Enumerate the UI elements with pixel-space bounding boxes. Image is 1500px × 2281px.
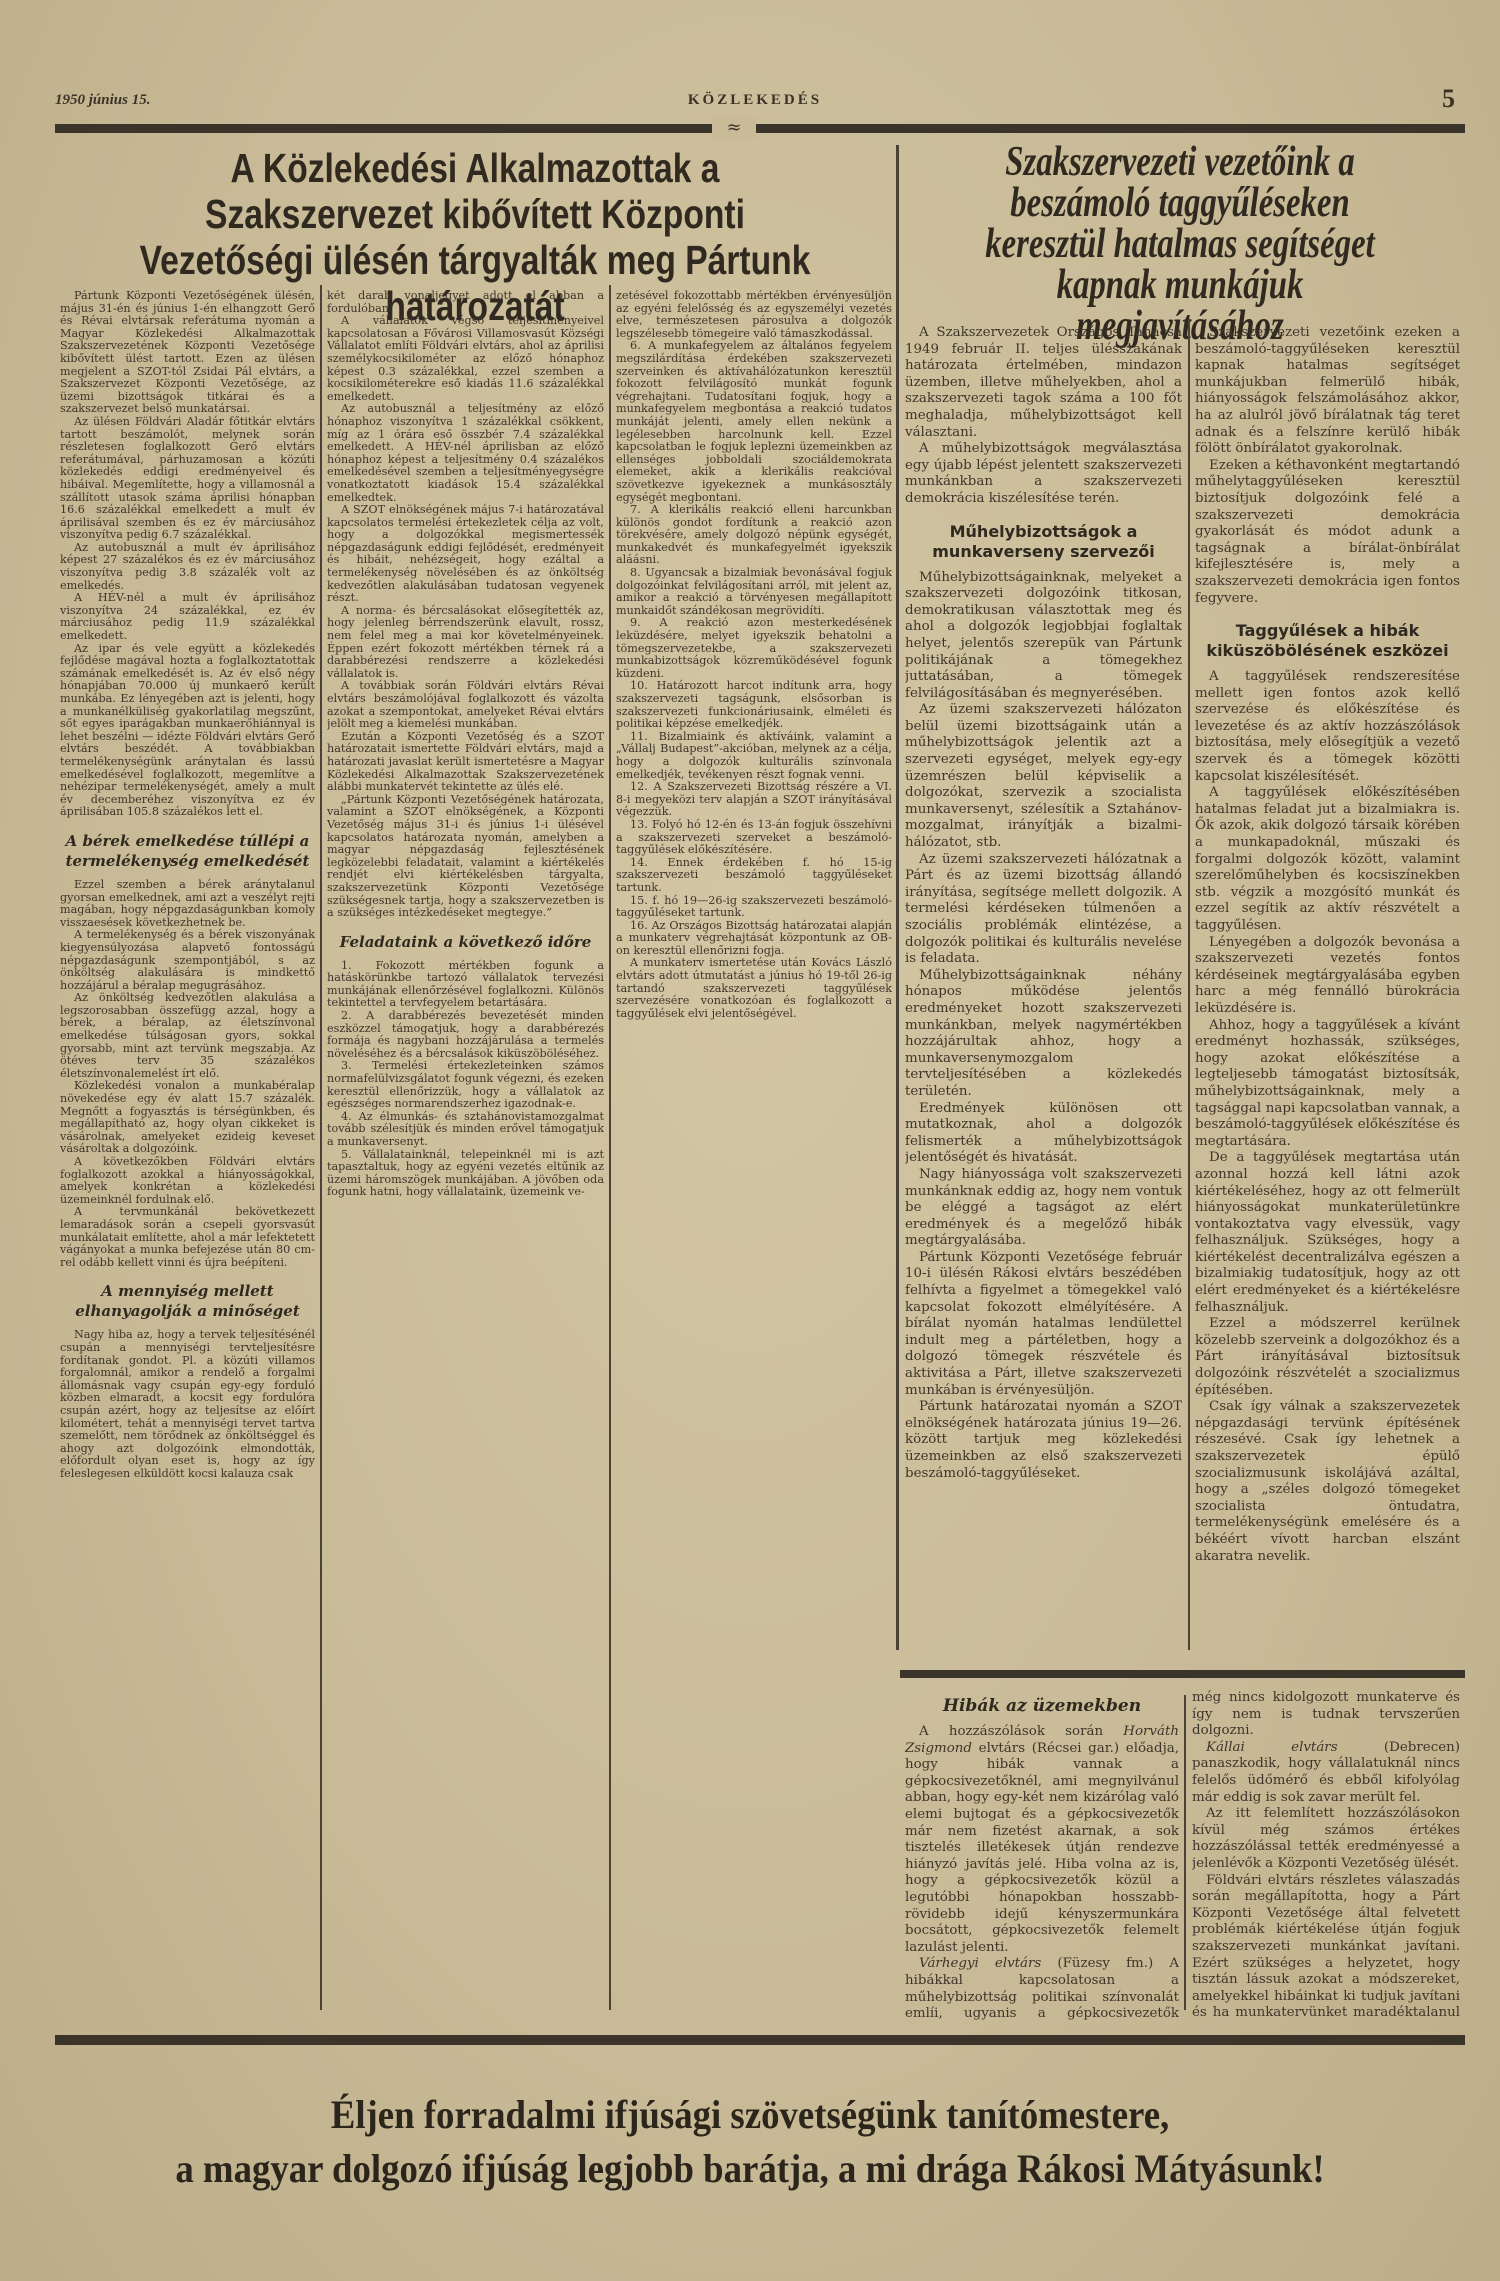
paragraph: 2. A darabbérezés bevezetését minden esz… bbox=[327, 1010, 604, 1060]
paragraph: Közlekedési vonalon a munkabéralap növek… bbox=[60, 1080, 315, 1156]
section-heading: Műhelybizottságok a munkaverseny szervez… bbox=[905, 522, 1182, 562]
left-article-column-2: két darab vonaljegyet adott el abban a f… bbox=[327, 290, 604, 2030]
sub-article-rule bbox=[900, 1670, 1465, 1678]
paragraph: 13. Folyó hó 12-én és 13-án fogjuk össze… bbox=[616, 819, 892, 857]
paragraph: Eredmények különösen ott mutatkoznak, ah… bbox=[905, 1101, 1182, 1167]
paragraph: A továbbiak során Földvári elvtárs Révai… bbox=[327, 680, 604, 730]
paragraph: Az autobusznál a mult év áprilisához kép… bbox=[60, 542, 315, 592]
column-divider bbox=[609, 285, 611, 2010]
paragraph: 5. Vállalatainknál, telepeinknél mi is a… bbox=[327, 1149, 604, 1199]
paragraph: Pártunk Központi Vezetősége február 10-i… bbox=[905, 1250, 1182, 1399]
paragraph: Kállai elvtárs (Debrecen) panaszkodik, h… bbox=[1192, 1740, 1460, 1806]
paragraph: Pártunk Központi Vezetőségének ülésén, m… bbox=[60, 290, 315, 416]
paragraph: két darab vonaljegyet adott el abban a f… bbox=[327, 290, 604, 315]
paragraph: Ezeken a kéthavonként megtartandó műhely… bbox=[1195, 458, 1460, 607]
paragraph: A következőkben Földvári elvtárs foglalk… bbox=[60, 1156, 315, 1206]
paragraph: Műhelybizottságainknak néhány hónapos mű… bbox=[905, 968, 1182, 1101]
page-number: 5 bbox=[1442, 84, 1455, 114]
paragraph: De a taggyűlések megtartása után azonnal… bbox=[1195, 1150, 1460, 1316]
paragraph: A Szakszervezetek Országos Tanácsa 1949 … bbox=[905, 325, 1182, 441]
paragraph: Ezután a Központi Vezetőség és a SZOT ha… bbox=[327, 731, 604, 794]
paragraph: A vállalatok végső teljesítményeivel kap… bbox=[327, 315, 604, 403]
section-heading: Taggyűlések a hibák kiküszöbölésének esz… bbox=[1195, 621, 1460, 661]
paragraph: 11. Bizalmiaink és aktíváink, valamint a… bbox=[616, 731, 892, 781]
right-article-column-2: Szakszervezeti vezetőink ezeken a beszám… bbox=[1195, 325, 1460, 1665]
paragraph: Földvári elvtárs részletes válaszadás so… bbox=[1192, 1873, 1460, 2020]
paragraph: A műhelybizottságok megválasztása egy új… bbox=[905, 441, 1182, 507]
paragraph: Szakszervezeti vezetőink ezeken a beszám… bbox=[1195, 325, 1460, 458]
paragraph: 12. A Szakszervezeti Bizottság részére a… bbox=[616, 781, 892, 819]
paragraph: A taggyűlések rendszeresítése mellett ig… bbox=[1195, 669, 1460, 785]
paragraph: 16. Az Országos Bizottság határozatai al… bbox=[616, 920, 892, 958]
right-article-column-1: A Szakszervezetek Országos Tanácsa 1949 … bbox=[905, 325, 1182, 1665]
paragraph: „Pártunk Központi Vezetőségének határoza… bbox=[327, 794, 604, 920]
paragraph: 9. A reakció azon mesterkedésének leküzd… bbox=[616, 617, 892, 680]
paragraph: A munkaterv ismertetése után Kovács Lász… bbox=[616, 957, 892, 1020]
paragraph: 6. A munkafegyelem az általános fegyelem… bbox=[616, 340, 892, 504]
paragraph: A taggyűlések előkészítésében hatalmas f… bbox=[1195, 785, 1460, 934]
paragraph: A termelékenység és a bérek viszonyának … bbox=[60, 929, 315, 992]
person-name: Várhegyi elvtárs bbox=[919, 1956, 1041, 1971]
column-divider bbox=[896, 145, 899, 1650]
paragraph: Nagy hiányossága volt szakszervezeti mun… bbox=[905, 1167, 1182, 1250]
column-divider bbox=[1184, 1695, 1186, 2010]
paragraph: Ahhoz, hogy a taggyűlések a kívánt eredm… bbox=[1195, 1018, 1460, 1151]
sub-article-column-2: még nincs kidolgozott munkaterve és így … bbox=[1192, 1690, 1460, 2020]
paragraph: még nincs kidolgozott munkaterve és így … bbox=[1192, 1690, 1460, 1740]
paragraph: Lényegében a dolgozók bevonása a szaksze… bbox=[1195, 935, 1460, 1018]
paragraph: 7. A klerikális reakció elleni harcunkba… bbox=[616, 504, 892, 567]
slogan-rule bbox=[55, 2035, 1465, 2045]
paragraph: Az ipar és vele együtt a közlekedés fejl… bbox=[60, 643, 315, 819]
paragraph: Várhegyi elvtárs (Füzesy fm.) A hibákkal… bbox=[905, 1956, 1179, 2020]
right-article-headline: Szakszervezeti vezetőink a beszámoló tag… bbox=[962, 142, 1399, 347]
wave-ornament-icon: ≈ bbox=[712, 117, 756, 139]
paragraph: 10. Határozott harcot indítunk arra, hog… bbox=[616, 680, 892, 730]
paragraph: Az üzemi szakszervezeti hálózaton belül … bbox=[905, 702, 1182, 851]
section-heading: A mennyiség mellett elhanyagolják a minő… bbox=[60, 1281, 315, 1321]
closing-slogan: Éljen forradalmi ifjúsági szövetségünk t… bbox=[115, 2088, 1385, 2196]
paragraph: Az autobusznál a teljesítmény az előző h… bbox=[327, 403, 604, 504]
paragraph: Ezzel a módszerrel kerülnek közelebb sze… bbox=[1195, 1316, 1460, 1399]
person-name: Kállai elvtárs bbox=[1206, 1740, 1338, 1755]
slogan-line-2: a magyar dolgozó ifjúság legjobb barátja… bbox=[115, 2142, 1385, 2196]
newspaper-page: 1950 június 15. KÖZLEKEDÉS 5 ≈ A Közleke… bbox=[0, 0, 1500, 2281]
sub-article-heading: Hibák az üzemekben bbox=[905, 1696, 1179, 1716]
paragraph: A norma- és bércsalásokat elősegítették … bbox=[327, 605, 604, 681]
paragraph: Nagy hiba az, hogy a tervek teljesítésén… bbox=[60, 1329, 315, 1480]
masthead-rule bbox=[55, 124, 1465, 133]
left-article-column-3: zetésével fokozottabb mértékben érvényes… bbox=[616, 290, 892, 2030]
paragraph: 4. Az élmunkás- és sztahánovistamozgalma… bbox=[327, 1111, 604, 1149]
paragraph: Az ülésen Földvári Aladár főtitkár elvtá… bbox=[60, 416, 315, 542]
paragraph: Ezzel szemben a bérek aránytalanul gyors… bbox=[60, 879, 315, 929]
paragraph: A hozzászólások során Horváth Zsigmond e… bbox=[905, 1724, 1179, 1956]
paragraph: 1. Fokozott mértékben fogunk a hatáskörü… bbox=[327, 960, 604, 1010]
paragraph: Pártunk határozatai nyomán a SZOT elnöks… bbox=[905, 1399, 1182, 1482]
paragraph: zetésével fokozottabb mértékben érvényes… bbox=[616, 290, 892, 340]
paragraph: Műhelybizottságainknak, melyeket a szaks… bbox=[905, 570, 1182, 703]
paragraph: A SZOT elnökségének május 7-i határozatá… bbox=[327, 504, 604, 605]
left-article-column-1: Pártunk Központi Vezetőségének ülésén, m… bbox=[60, 290, 315, 2030]
paragraph: 3. Termelési értekezleteinken számos nor… bbox=[327, 1060, 604, 1110]
paper-title: KÖZLEKEDÉS bbox=[55, 92, 1455, 109]
section-heading: Feladataink a következő időre bbox=[327, 932, 604, 952]
paragraph: 8. Ugyancsak a bizalmiak bevonásával fog… bbox=[616, 567, 892, 617]
slogan-line-1: Éljen forradalmi ifjúsági szövetségünk t… bbox=[115, 2088, 1385, 2142]
paragraph: Az önköltség kedvezőtlen alakulása a leg… bbox=[60, 992, 315, 1080]
paragraph: 14. Ennek érdekében f. hó 15-ig szakszer… bbox=[616, 857, 892, 895]
paragraph: Az üzemi szakszervezeti hálózatnak a Pár… bbox=[905, 852, 1182, 968]
paragraph: Csak így válnak a szakszervezetek népgaz… bbox=[1195, 1399, 1460, 1565]
column-divider bbox=[1188, 320, 1190, 1650]
paragraph: A HÉV-nél a mult év áprilisához viszonyí… bbox=[60, 592, 315, 642]
paragraph: Az itt felemlített hozzászólásokon kívül… bbox=[1192, 1806, 1460, 1872]
paragraph: 15. f. hó 19—26-ig szakszervezeti beszám… bbox=[616, 895, 892, 920]
sub-article-column-1: Hibák az üzemekben A hozzászólások során… bbox=[905, 1690, 1179, 2020]
paragraph: A tervmunkánál bekövetkezett lemaradások… bbox=[60, 1206, 315, 1269]
column-divider bbox=[320, 285, 322, 2010]
section-heading: A bérek emelkedése túllépi a termelékeny… bbox=[60, 831, 315, 871]
